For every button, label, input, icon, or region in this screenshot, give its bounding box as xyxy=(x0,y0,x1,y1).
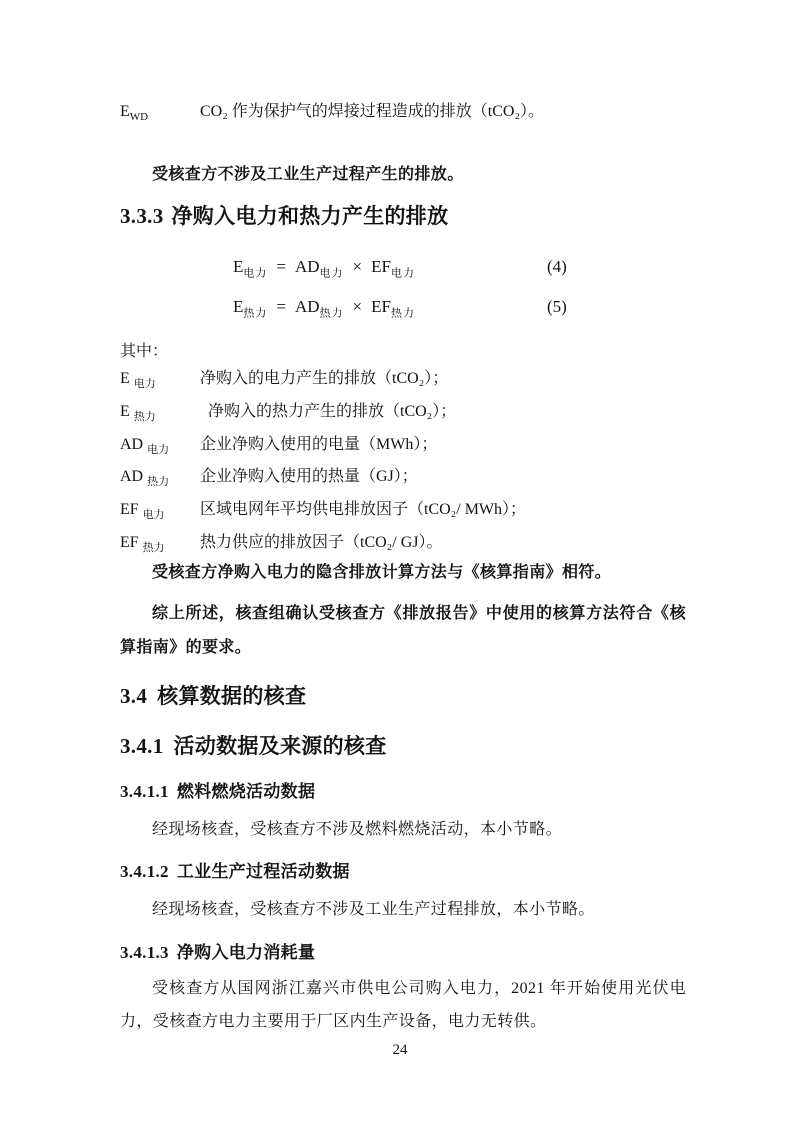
section-title: 净购入电力和热力产生的排放 xyxy=(172,204,449,228)
section-title: 活动数据及来源的核查 xyxy=(174,734,387,758)
paragraph-power-purchase: 受核查方从国网浙江嘉兴市供电公司购入电力，2021 年开始使用光伏电力，受核查方… xyxy=(120,972,686,1038)
equation-number: (5) xyxy=(547,294,567,320)
definition-term: EF 电力 xyxy=(120,499,200,521)
section-number: 3.4 xyxy=(120,684,147,708)
definition-row: AD 热力企业净购入使用的热量（GJ）； xyxy=(120,466,686,488)
formula-heat: E热力=AD热力×EF热力 (5) xyxy=(120,294,686,320)
section-heading-3-4-1-2: 3.4.1.2工业生产过程活动数据 xyxy=(120,857,686,882)
paragraph-fuel-site: 经现场核查，受核查方不涉及燃料燃烧活动，本小节略。 xyxy=(120,813,686,846)
where-label: 其中： xyxy=(120,338,686,361)
section-heading-3-4-1: 3.4.1活动数据及来源的核查 xyxy=(120,730,686,760)
definition-text: CO₂ 作为保护气的焊接过程造成的排放（tCO₂）。 xyxy=(200,103,544,120)
formula-expression: E热力=AD热力×EF热力 xyxy=(233,297,415,316)
page-number: 24 xyxy=(0,1042,800,1059)
paragraph-no-industrial: 受核查方不涉及工业生产过程产生的排放。 xyxy=(120,158,686,191)
definition-term: EF 热力 xyxy=(120,532,200,554)
section-number: 3.4.1.1 xyxy=(120,782,169,801)
section-number: 3.4.1 xyxy=(120,734,164,758)
document-page: EWDCO₂ 作为保护气的焊接过程造成的排放（tCO₂）。 受核查方不涉及工业生… xyxy=(0,0,800,1132)
section-heading-3-4: 3.4核算数据的核查 xyxy=(120,680,686,710)
definition-row: EF 热力热力供应的排放因子（tCO₂/ GJ）。 xyxy=(120,532,686,554)
definition-row: AD 电力企业净购入使用的电量（MWh）； xyxy=(120,434,686,456)
section-title: 核算数据的核查 xyxy=(157,684,306,708)
section-title: 工业生产过程活动数据 xyxy=(177,862,350,881)
definition-text: 净购入的热力产生的排放（tCO₂）； xyxy=(208,403,456,420)
definition-term: E 热力 xyxy=(120,401,200,423)
definition-row: E 热力净购入的热力产生的排放（tCO₂）； xyxy=(120,401,686,423)
section-heading-3-3-3: 3.3.3净购入电力和热力产生的排放 xyxy=(120,200,686,230)
paragraph-process-site: 经现场核查，受核查方不涉及工业生产过程排放，本小节略。 xyxy=(120,893,686,926)
section-title: 净购入电力消耗量 xyxy=(177,943,315,962)
section-number: 3.3.3 xyxy=(120,204,164,228)
section-number: 3.4.1.2 xyxy=(120,862,169,881)
definition-term: AD 热力 xyxy=(120,466,200,488)
definition-text: 热力供应的排放因子（tCO₂/ GJ）。 xyxy=(200,534,442,551)
paragraph-electricity-method: 受核查方净购入电力的隐含排放计算方法与《核算指南》相符。 xyxy=(120,556,686,589)
section-title: 燃料燃烧活动数据 xyxy=(177,782,315,801)
definition-term: EWD xyxy=(120,101,200,123)
definition-text: 企业净购入使用的电量（MWh）； xyxy=(200,436,437,453)
paragraph-summary: 综上所述，核查组确认受核查方《排放报告》中使用的核算方法符合《核算指南》的要求。 xyxy=(120,597,686,665)
formula-expression: E电力=AD电力×EF电力 xyxy=(233,257,415,276)
section-heading-3-4-1-3: 3.4.1.3净购入电力消耗量 xyxy=(120,938,686,963)
section-number: 3.4.1.3 xyxy=(120,943,169,962)
definition-term: E 电力 xyxy=(120,368,200,390)
definition-row: E 电力净购入的电力产生的排放（tCO₂）； xyxy=(120,368,686,390)
definition-text: 企业净购入使用的热量（GJ）； xyxy=(200,468,418,485)
definition-text: 区域电网年平均供电排放因子（tCO₂/ MWh）； xyxy=(200,501,526,518)
definition-row: EF 电力区域电网年平均供电排放因子（tCO₂/ MWh）； xyxy=(120,499,686,521)
definition-term: AD 电力 xyxy=(120,434,200,456)
equation-number: (4) xyxy=(547,254,567,280)
definition-text: 净购入的电力产生的排放（tCO₂）； xyxy=(200,370,448,387)
section-heading-3-4-1-1: 3.4.1.1燃料燃烧活动数据 xyxy=(120,777,686,802)
definition-row-ewd: EWDCO₂ 作为保护气的焊接过程造成的排放（tCO₂）。 xyxy=(120,101,686,123)
formula-electricity: E电力=AD电力×EF电力 (4) xyxy=(120,254,686,280)
